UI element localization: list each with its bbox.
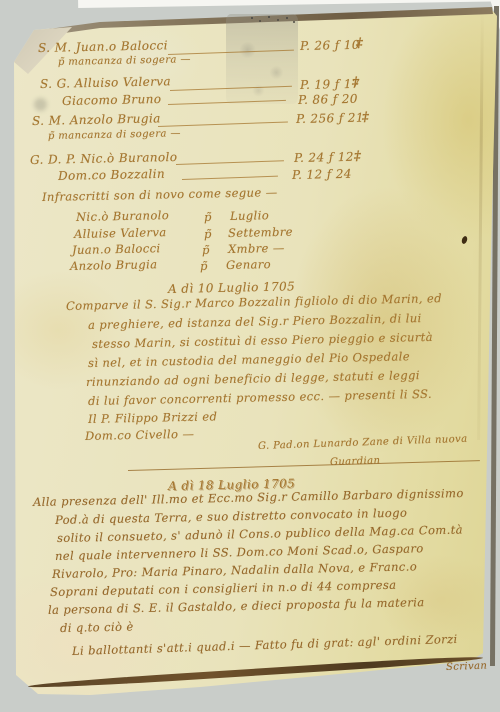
note-row-name: Alluise Valerva	[74, 227, 167, 240]
act1-line: Dom.co Civello —	[85, 429, 195, 443]
ledger-entry-amount: P. 24 ƒ 12	[294, 151, 354, 164]
note-row-per: p̃	[204, 229, 212, 241]
note-row-name: Juan.o Balocci	[72, 243, 161, 256]
note-row-name: Anzolo Brugia	[70, 259, 158, 272]
ledger-entry-name: G. D. P. Nic.ò Buranolo	[30, 151, 178, 166]
act1-signature-title: Guardian	[330, 456, 381, 468]
gray-smudge	[34, 98, 47, 111]
ledger-entry-mark: ‡	[352, 76, 359, 89]
act1-date: A dì 10 Luglio 1705	[168, 280, 295, 295]
note-row-month: Genaro	[226, 259, 271, 271]
act1-line: Il P. Filippo Brizzi ed	[88, 411, 218, 425]
faded-stamp	[226, 14, 298, 104]
act2-line: di q.to ciò è	[60, 621, 134, 634]
ledger-entry-amount: P. 86 ƒ 20	[298, 93, 358, 106]
note-row-month: Settembre	[228, 227, 293, 240]
ledger-entry-name: S. M. Juan.o Balocci	[38, 39, 168, 54]
ledger-entry-amount: P. 12 ƒ 24	[292, 168, 352, 181]
note-row-month: Luglio	[230, 210, 269, 222]
ledger-entry-amount: P. 26 ƒ 10	[300, 39, 360, 52]
scan-background-top	[78, 0, 500, 8]
manuscript-scan: S. M. Juan.o Balocci P. 26 ƒ 10 ‡ p̃ man…	[0, 0, 500, 712]
note-row-per: p̃	[204, 212, 212, 224]
ledger-entry-amount: P. 256 ƒ 21	[296, 112, 364, 125]
ledger-entry-mark: ‡	[362, 111, 369, 124]
ledger-entry-mark: ‡	[356, 37, 363, 50]
note-row-per: p̃	[202, 245, 210, 257]
ledger-entry-name: S. G. Alluiso Valerva	[40, 75, 171, 90]
ledger-entry-name: S. M. Anzolo Brugia	[32, 112, 161, 127]
note-row-month: Xmbre —	[228, 243, 285, 256]
note-row-name: Nic.ò Buranolo	[76, 210, 169, 223]
act2-scribe: Scrivan	[446, 662, 488, 673]
ledger-entry-name: Giacomo Bruno	[62, 93, 162, 107]
ledger-entry-mark: ‡	[354, 150, 361, 163]
ledger-entry-name: Dom.co Bozzalin	[58, 168, 165, 182]
note-row-per: p̃	[200, 261, 208, 273]
